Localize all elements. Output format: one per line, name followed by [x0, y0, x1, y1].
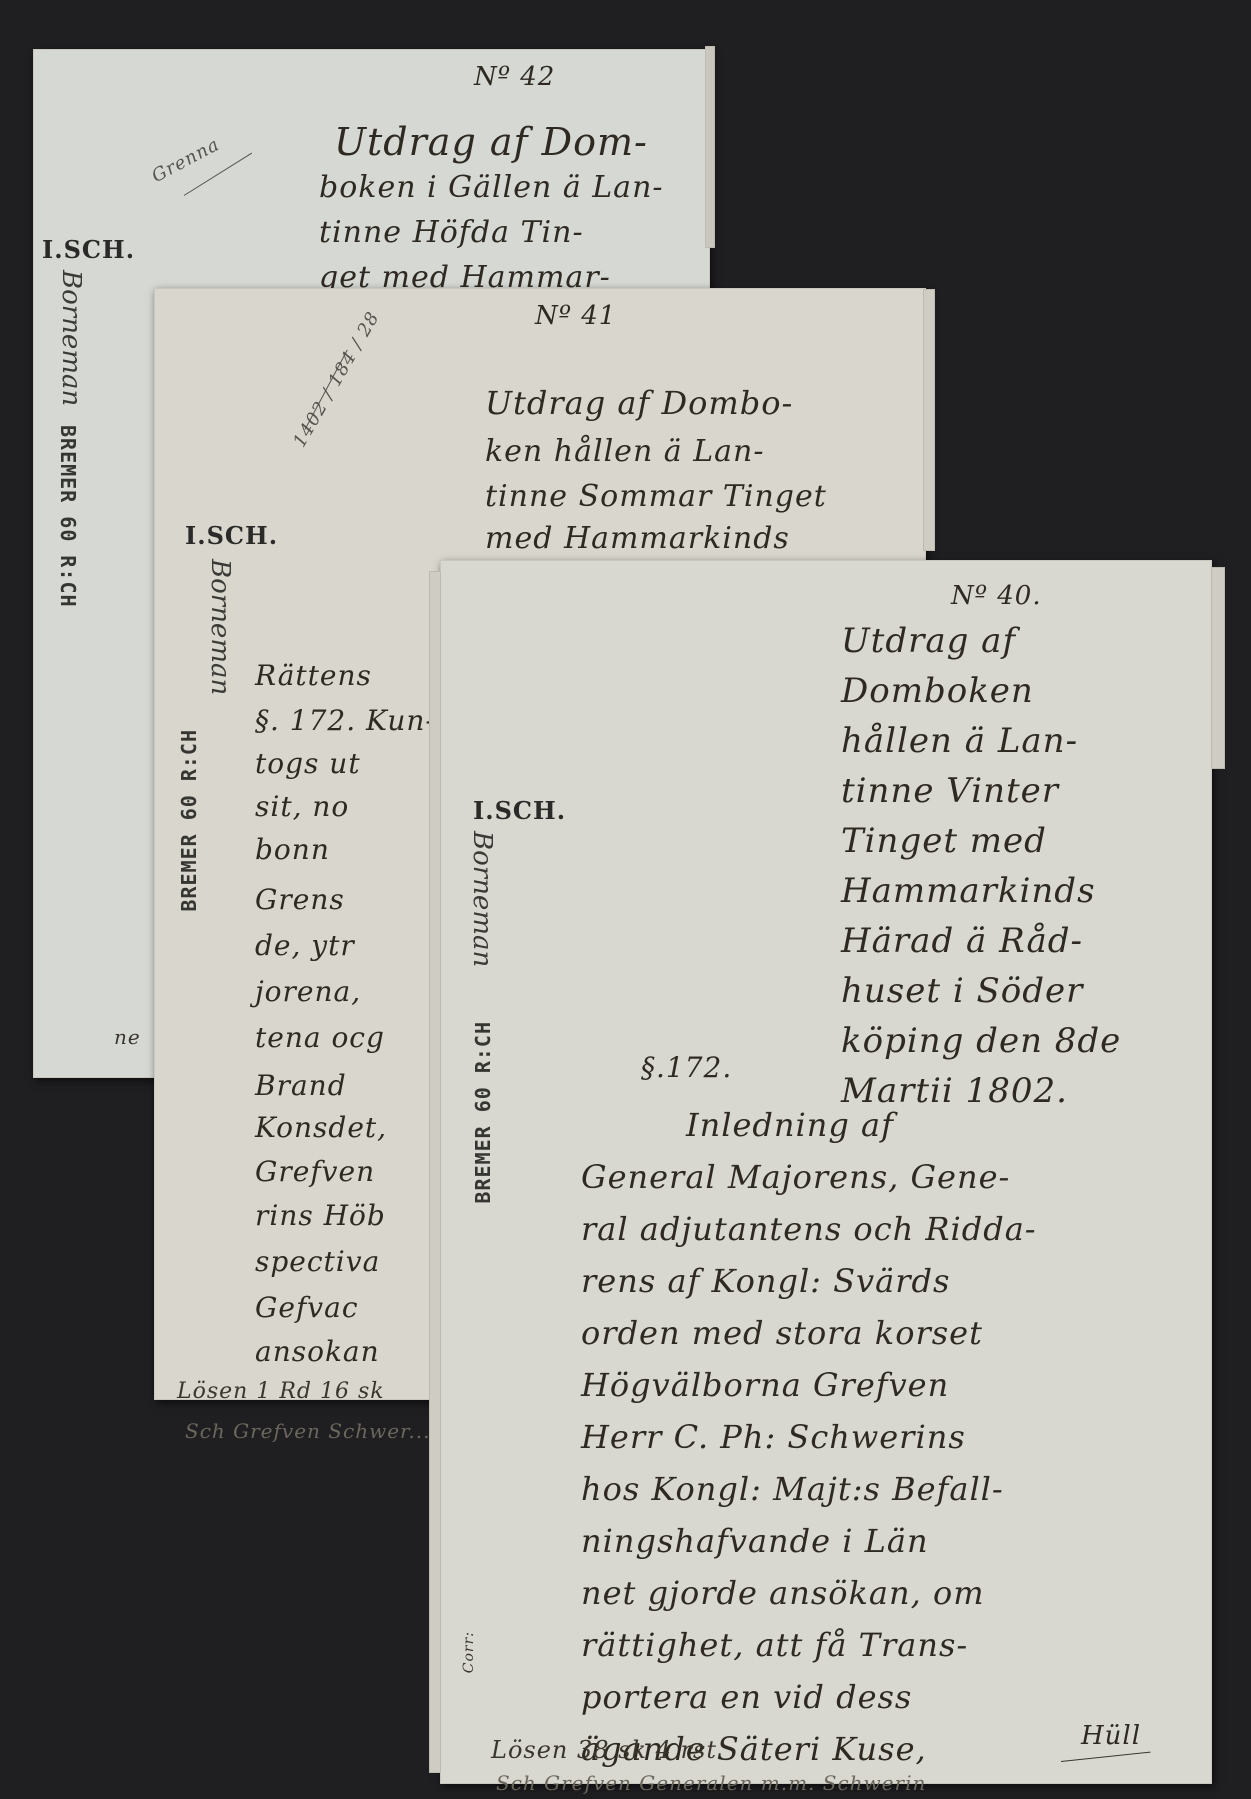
body-line: tena ocg: [255, 1021, 385, 1054]
body-line: Gefvac: [255, 1291, 359, 1324]
bremer-stamp: BREMER 60 R:CH: [56, 425, 80, 608]
document-title-line: ken hållen ä Lan-: [485, 434, 765, 469]
signature-stamp: Borneman: [467, 831, 497, 967]
bremer-stamp: BREMER 60 R:CH: [177, 729, 201, 912]
title-line: Härad ä Råd-: [841, 921, 1083, 961]
isch-stamp: I.SCH.: [473, 796, 566, 825]
margin-note: Corr:: [461, 1631, 477, 1673]
signature-stamp: Borneman: [56, 270, 86, 406]
body-line: jorena,: [255, 975, 361, 1008]
body-line: Högvälborna Grefven: [581, 1366, 949, 1404]
isch-stamp: I.SCH.: [185, 521, 278, 550]
body-line: Grens: [255, 883, 345, 916]
title-line: köping den 8de: [841, 1021, 1121, 1061]
body-line: sit, no: [255, 790, 349, 823]
signature-stamp: Borneman: [205, 559, 235, 695]
sheet-edge: [923, 289, 935, 551]
sheet-edge: [1211, 567, 1225, 769]
title-line: tinne Vinter: [841, 771, 1059, 811]
body-line: Grefven: [255, 1155, 375, 1188]
document-sheet-40: Nº 40. Utdrag af Domboken hållen ä Lan- …: [440, 560, 1212, 1784]
body-line: orden med stora korset: [581, 1314, 983, 1352]
body-line: §. 172. Kun-: [255, 704, 436, 737]
document-title-line: Utdrag af Dombo-: [485, 384, 793, 422]
body-line: rins Höb: [255, 1199, 386, 1232]
body-line: Rättens: [255, 659, 372, 692]
sheet-edge: [429, 571, 441, 1773]
body-line: General Majorens, Gene-: [581, 1158, 1010, 1196]
body-line: Brand: [255, 1069, 347, 1102]
document-title-line: Utdrag af Dom-: [334, 120, 648, 164]
body-line: rättighet, att få Trans-: [581, 1626, 968, 1664]
body-line: spectiva: [255, 1245, 380, 1278]
fee-line: Lösen 38 sk 4 rst: [491, 1736, 717, 1764]
document-number: Nº 41: [535, 301, 616, 331]
section-number: §.172.: [641, 1051, 732, 1084]
body-line: Herr C. Ph: Schwerins: [581, 1418, 966, 1456]
document-title-line: med Hammarkinds: [485, 521, 790, 556]
body-line: portera en vid dess: [581, 1678, 912, 1716]
pencil-note: 1402 / 184 / 28: [289, 308, 384, 451]
document-title-line: tinne Sommar Tinget: [485, 479, 827, 514]
body-line: de, ytr: [255, 929, 355, 962]
body-line: Konsdet,: [255, 1111, 387, 1144]
title-line: Utdrag af: [841, 621, 1016, 661]
body-line: ansokan: [255, 1335, 380, 1368]
footer-line: Sch Grefven Schwer...: [185, 1419, 430, 1443]
body-line: net gjorde ansökan, om: [581, 1574, 985, 1612]
sheet-edge: [705, 46, 715, 248]
title-line: hållen ä Lan-: [841, 721, 1078, 761]
title-line: Martii 1802.: [841, 1071, 1068, 1111]
title-line: huset i Söder: [841, 971, 1083, 1011]
document-title-line: boken i Gällen ä Lan-: [319, 170, 664, 205]
fee-line: Lösen 1 Rd 16 sk: [177, 1379, 385, 1404]
document-number: Nº 40.: [951, 581, 1042, 611]
body-line: ningshafvande i Län: [581, 1522, 929, 1560]
document-number: Nº 42: [474, 62, 555, 92]
body-line: bonn: [255, 833, 330, 866]
clerk-signature: Hüll: [1081, 1721, 1141, 1751]
body-line: togs ut: [255, 747, 361, 780]
title-line: Hammarkinds: [841, 871, 1096, 911]
footer-line: Sch Grefven Generalen m.m. Schwerin: [496, 1771, 926, 1795]
title-line: Tinget med: [841, 821, 1047, 861]
margin-fragment: ne: [114, 1025, 141, 1049]
isch-stamp: I.SCH.: [42, 235, 135, 264]
body-line: hos Kongl: Majt:s Befall-: [581, 1470, 1004, 1508]
body-line: ral adjutantens och Ridda-: [581, 1210, 1037, 1248]
bremer-stamp: BREMER 60 R:CH: [471, 1021, 495, 1204]
pencil-note: Grenna: [148, 134, 223, 187]
body-line: Inledning af: [686, 1106, 894, 1144]
signature-underline: [1061, 1752, 1151, 1762]
document-title-line: tinne Höfda Tin-: [319, 215, 584, 250]
body-line: rens af Kongl: Svärds: [581, 1262, 950, 1300]
title-line: Domboken: [841, 671, 1034, 711]
